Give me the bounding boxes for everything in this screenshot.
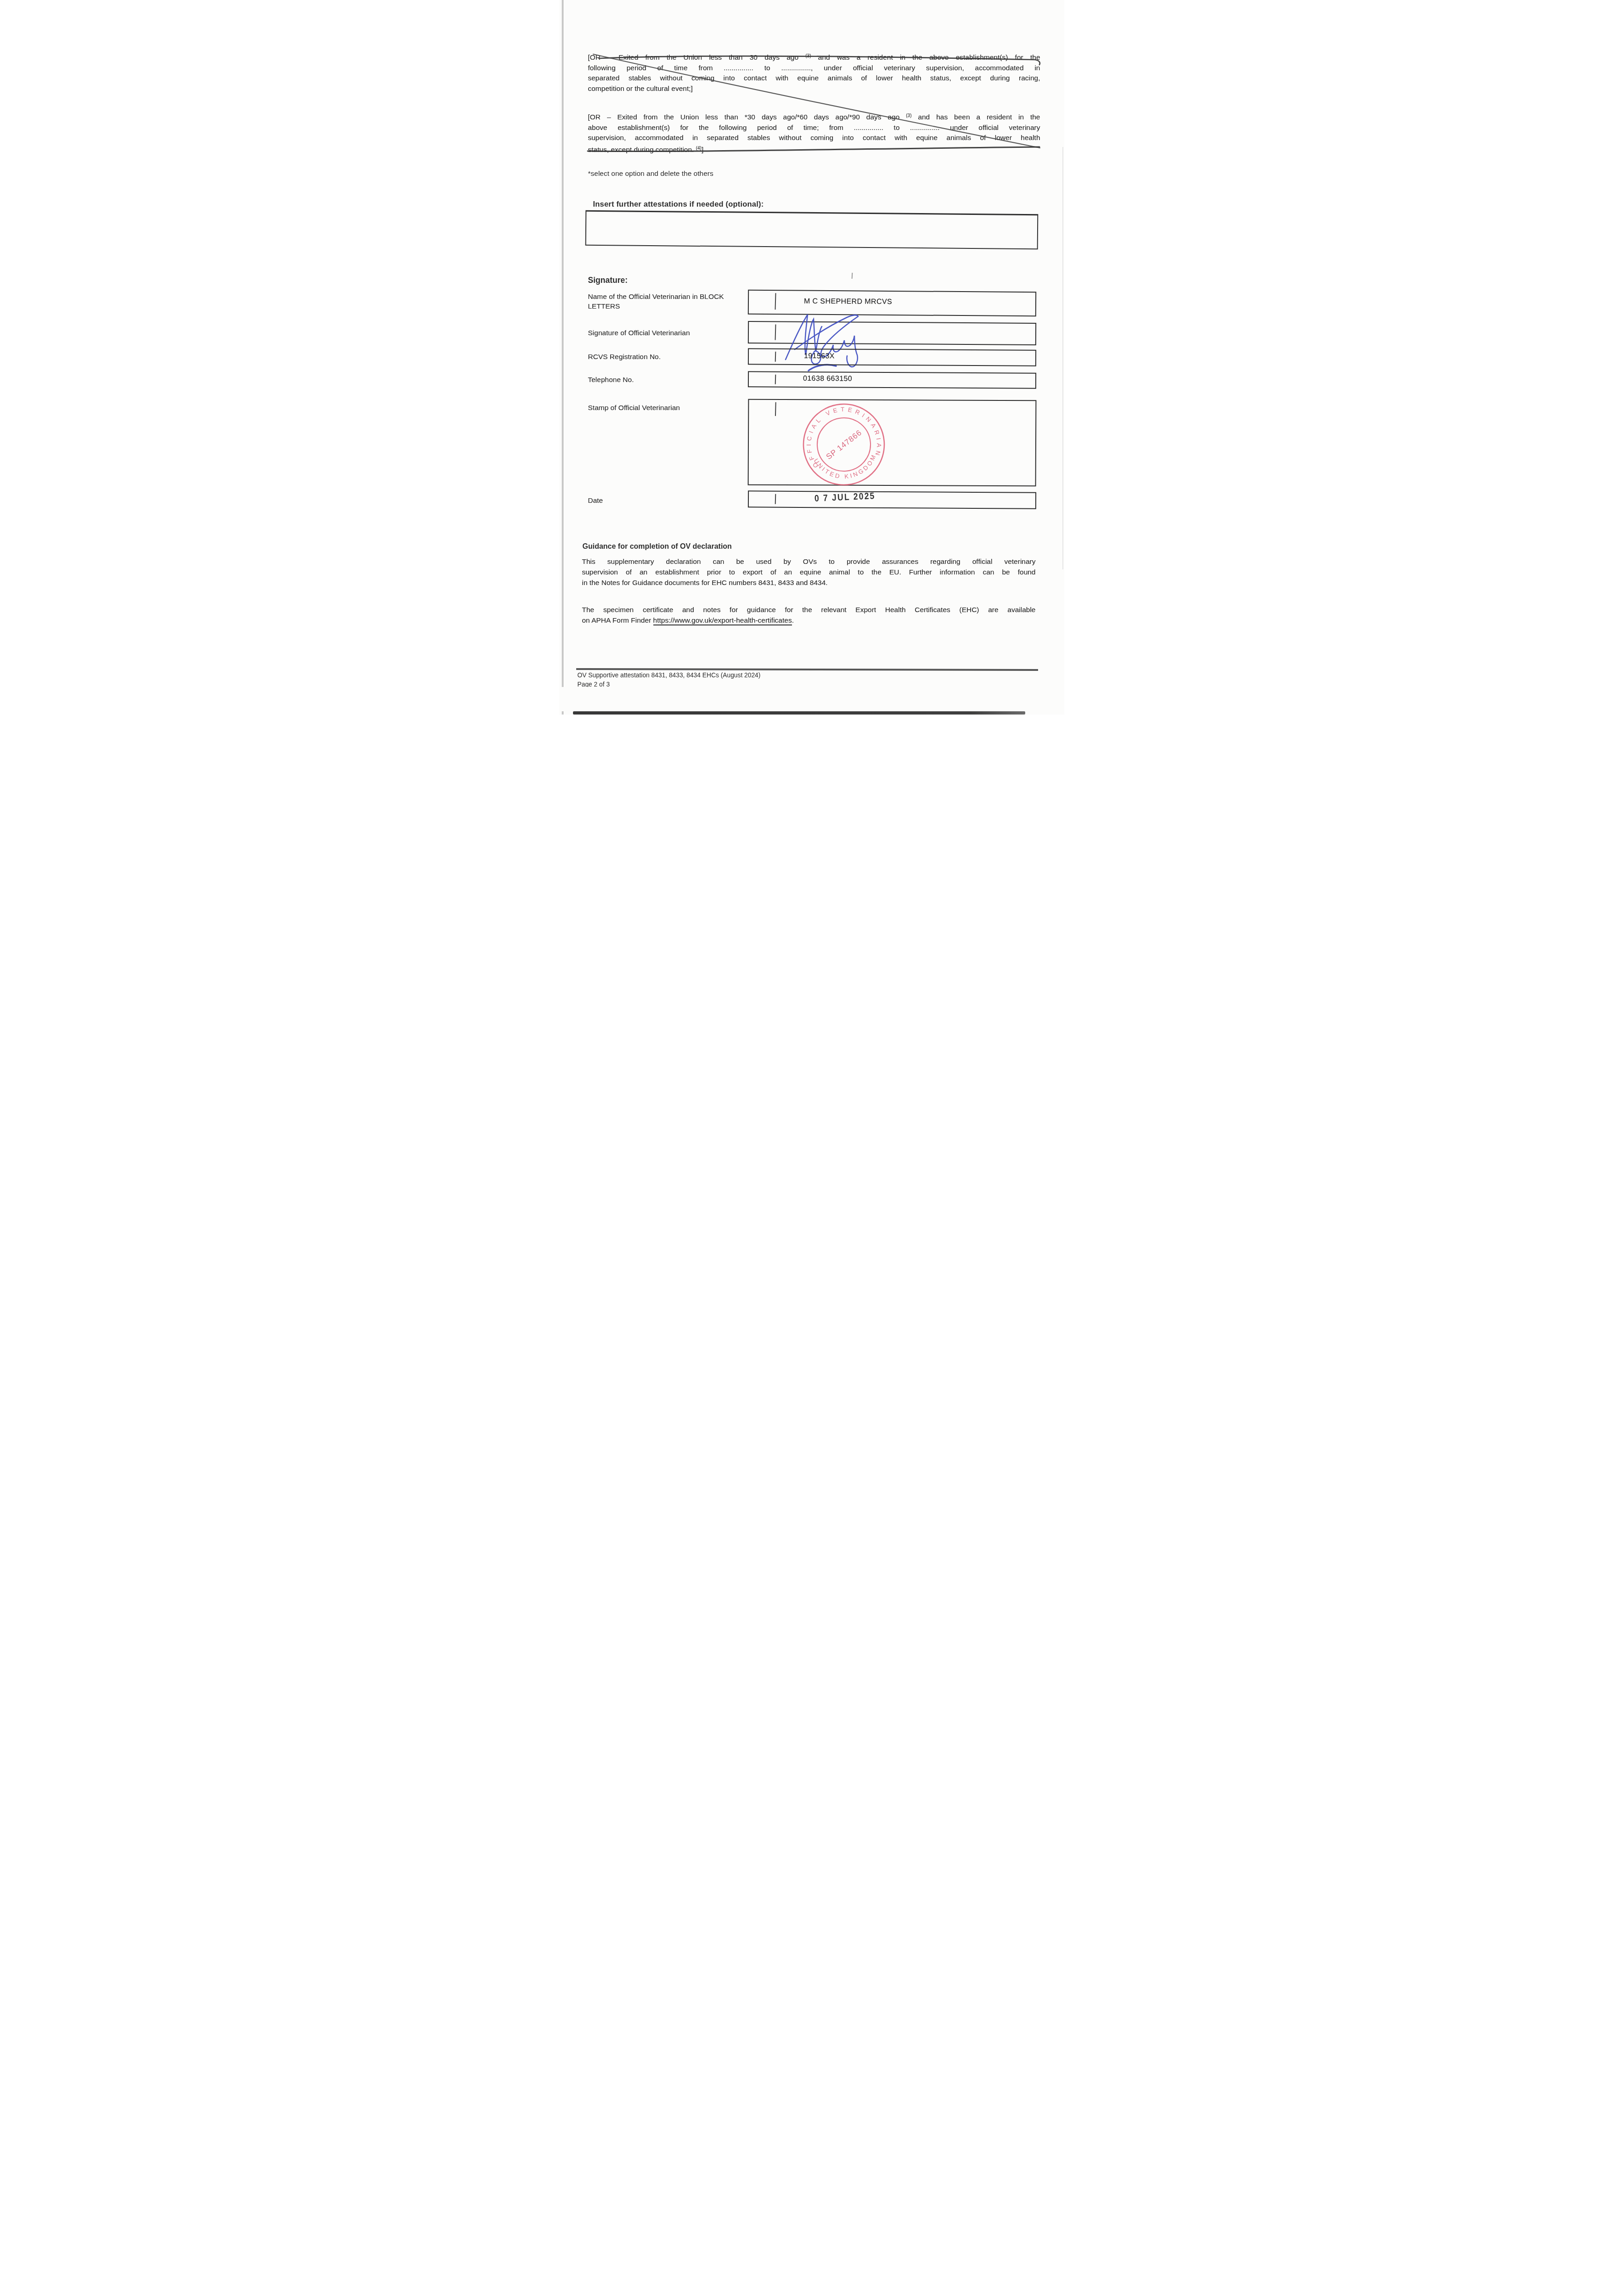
signature-heading: Signature: [588,276,628,285]
option1-line-3: separated stables without coming into co… [588,73,1040,84]
column-divider-tick [775,402,776,416]
declaration-option-1: [OR – Exited from the Union less than 30… [588,51,1040,94]
guidance-p1-line-2: supervision of an establishment prior to… [582,567,1036,578]
scan-bottom-band [573,711,1025,715]
field-box-stamp [747,399,1036,487]
export-health-certificates-link[interactable]: https://www.gov.uk/export-health-certifi… [653,617,792,625]
guidance-p2-line-2: on APHA Form Finder https://www.gov.uk/e… [582,615,1036,626]
field-value-name: M C SHEPHERD MRCVS [803,298,892,306]
field-box-name: M C SHEPHERD MRCVS [747,290,1036,316]
option2-line-4: status, except during competition. (4)] [588,144,1040,156]
footnote-ref-3: (3) [805,54,811,59]
guidance-p1-line-1: This supplementary declaration can be us… [582,557,1036,567]
option2-line-2: above establishment(s) for the following… [588,123,1040,134]
field-label-telephone: Telephone No. [588,375,634,385]
guidance-paragraph-2: The specimen certificate and notes for g… [582,605,1036,626]
option2-line-3: supervision, accommodated in separated s… [588,133,1040,144]
declaration-option-2: [OR – Exited from the Union less than *3… [588,111,1040,155]
footnote-ref-3: (3) [906,113,911,118]
guidance-heading: Guidance for completion of OV declaratio… [583,543,732,551]
scan-speck [851,273,853,279]
scan-edge-left [562,0,563,715]
footnote-ref-4: (4) [696,146,702,151]
option1-line-4: competition or the cultural event;] [588,84,1040,95]
column-divider-tick [775,494,776,504]
field-label-stamp: Stamp of Official Veterinarian [588,403,680,413]
field-box-signature [747,321,1036,345]
field-label-signature: Signature of Official Veterinarian [588,328,690,338]
select-option-note: *select one option and delete the others [588,170,713,178]
guidance-paragraph-1: This supplementary declaration can be us… [582,557,1036,588]
footer-rule [576,668,1038,671]
option1-line-2: following period of time from ..........… [588,63,1040,74]
scan-edge-left-outer [562,0,562,715]
column-divider-tick [775,324,776,340]
field-value-telephone: 01638 663150 [803,375,852,383]
field-label-date: Date [588,496,603,506]
guidance-p1-line-3: in the Notes for Guidance documents for … [582,578,1036,588]
footer-doc-title: OV Supportive attestation 8431, 8433, 84… [578,672,761,679]
option2-line-1: [OR – Exited from the Union less than *3… [588,111,1040,123]
option1-line-1: [OR – Exited from the Union less than 30… [588,51,1040,63]
field-box-telephone: 01638 663150 [747,371,1036,388]
column-divider-tick [775,352,776,362]
field-box-rcvs: 191563X [747,348,1036,366]
field-box-date [747,490,1036,509]
column-divider-tick [775,293,776,310]
field-label-rcvs: RCVS Registration No. [588,352,661,362]
guidance-p2-line-1: The specimen certificate and notes for g… [582,605,1036,615]
attestations-box [585,210,1038,250]
column-divider-tick [775,375,776,384]
attestations-heading: Insert further attestations if needed (o… [593,200,764,209]
field-label-name: Name of the Official Veterinarian in BLO… [588,292,726,311]
scanned-document-page: [OR – Exited from the Union less than 30… [559,0,1064,715]
scan-bottom-fade [559,687,1064,711]
scan-edge-right [1062,147,1063,569]
field-value-rcvs: 191563X [803,352,834,360]
